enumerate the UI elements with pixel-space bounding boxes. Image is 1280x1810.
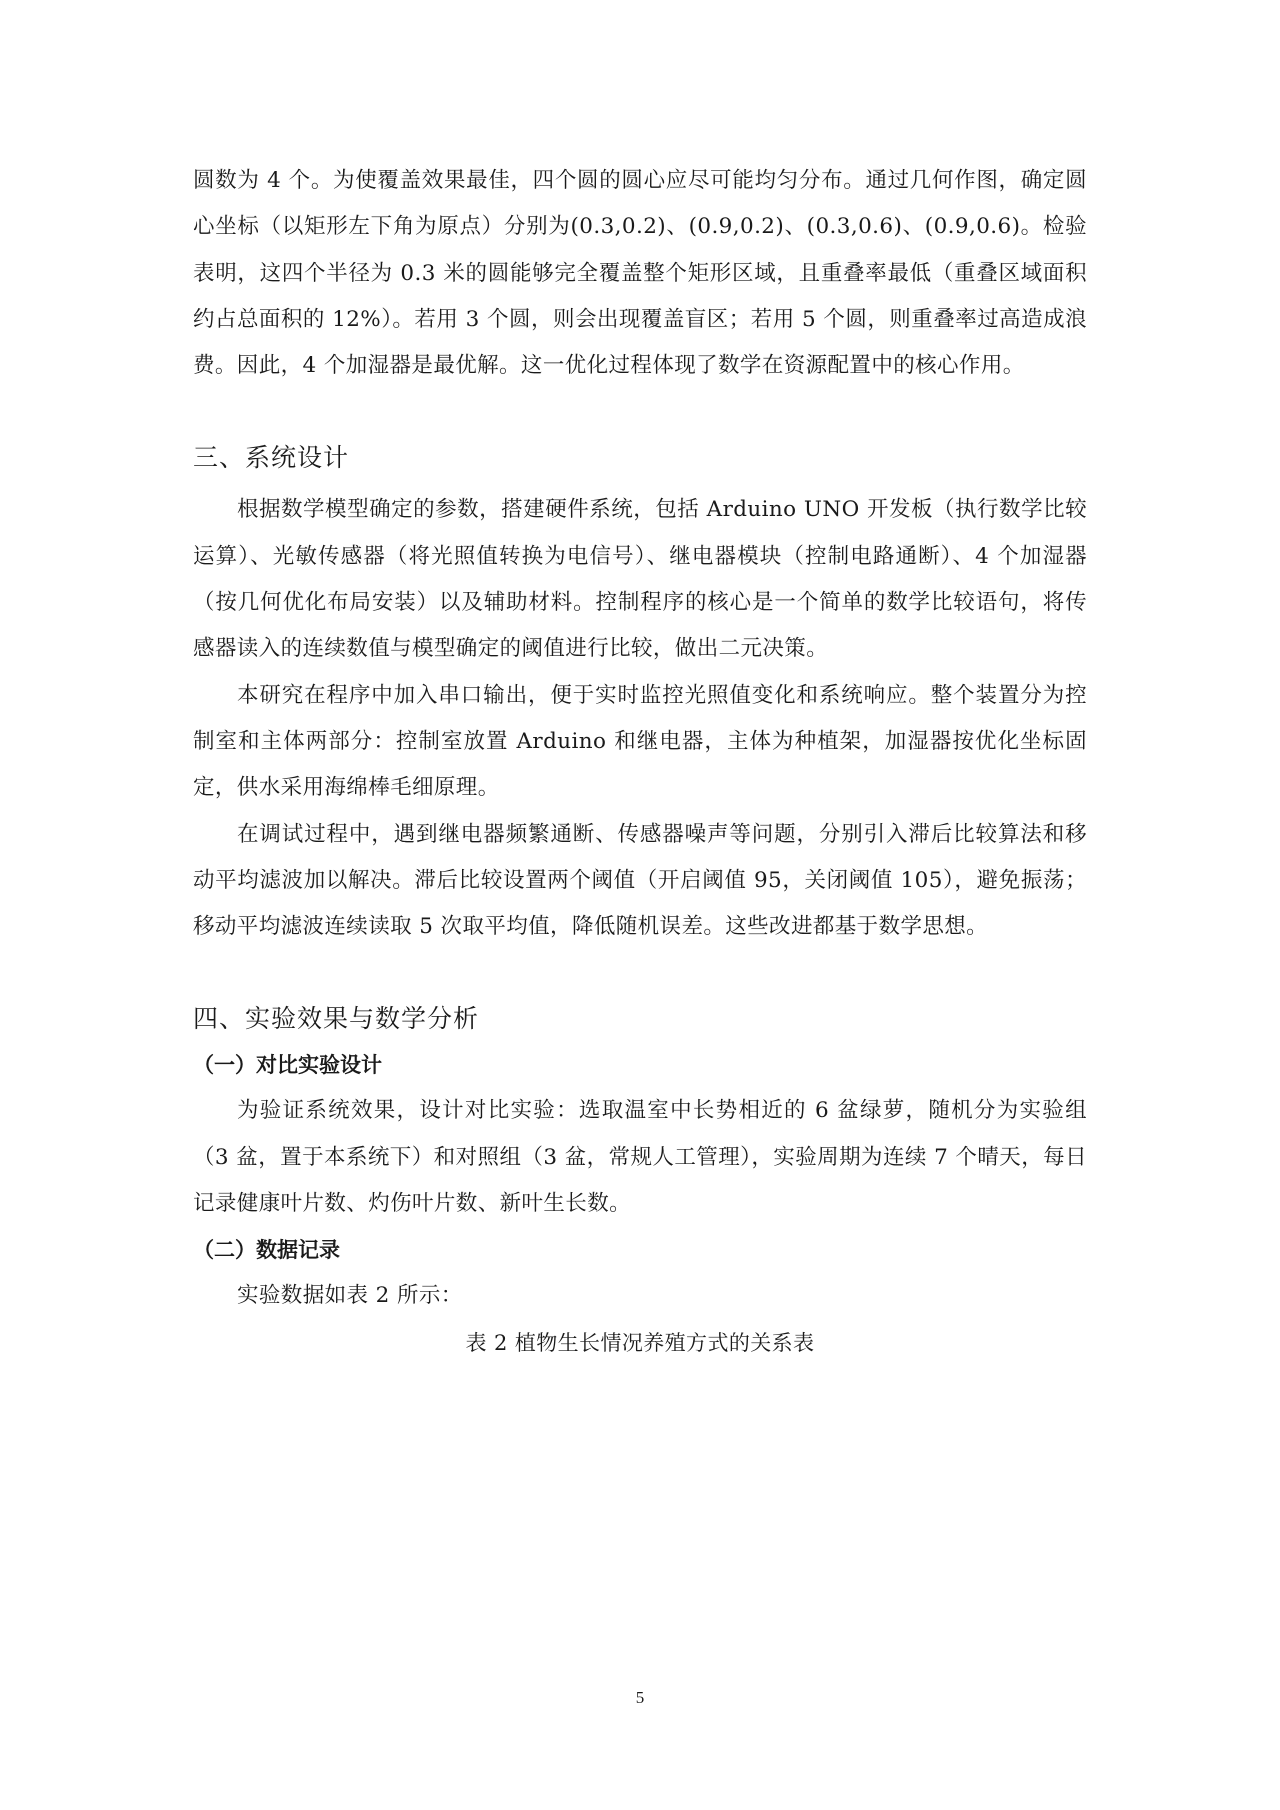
document-page: 圆数为 4 个。为使覆盖效果最佳，四个圆的圆心应尽可能均匀分布。通过几何作图，确… xyxy=(193,158,1087,1366)
body-paragraph: 为验证系统效果，设计对比实验：选取温室中长势相近的 6 盆绿萝，随机分为实验组（… xyxy=(193,1088,1087,1227)
spacer xyxy=(193,389,1087,435)
body-paragraph: 实验数据如表 2 所示： xyxy=(193,1273,1087,1319)
spacer xyxy=(193,950,1087,996)
page-number: 5 xyxy=(0,1688,1280,1708)
subsection-heading-data-record: （二）数据记录 xyxy=(193,1227,1087,1273)
section-heading-system-design: 三、系统设计 xyxy=(193,435,1087,481)
body-paragraph: 在调试过程中，遇到继电器频繁通断、传感器噪声等问题，分别引入滞后比较算法和移动平… xyxy=(193,812,1087,951)
table-caption: 表 2 植物生长情况养殖方式的关系表 xyxy=(193,1320,1087,1366)
subsection-heading-experiment-design: （一）对比实验设计 xyxy=(193,1042,1087,1088)
section-heading-experiment-results: 四、实验效果与数学分析 xyxy=(193,996,1087,1042)
intro-paragraph: 圆数为 4 个。为使覆盖效果最佳，四个圆的圆心应尽可能均匀分布。通过几何作图，确… xyxy=(193,158,1087,389)
body-paragraph: 本研究在程序中加入串口输出，便于实时监控光照值变化和系统响应。整个装置分为控制室… xyxy=(193,673,1087,812)
body-paragraph: 根据数学模型确定的参数，搭建硬件系统，包括 Arduino UNO 开发板（执行… xyxy=(193,487,1087,672)
